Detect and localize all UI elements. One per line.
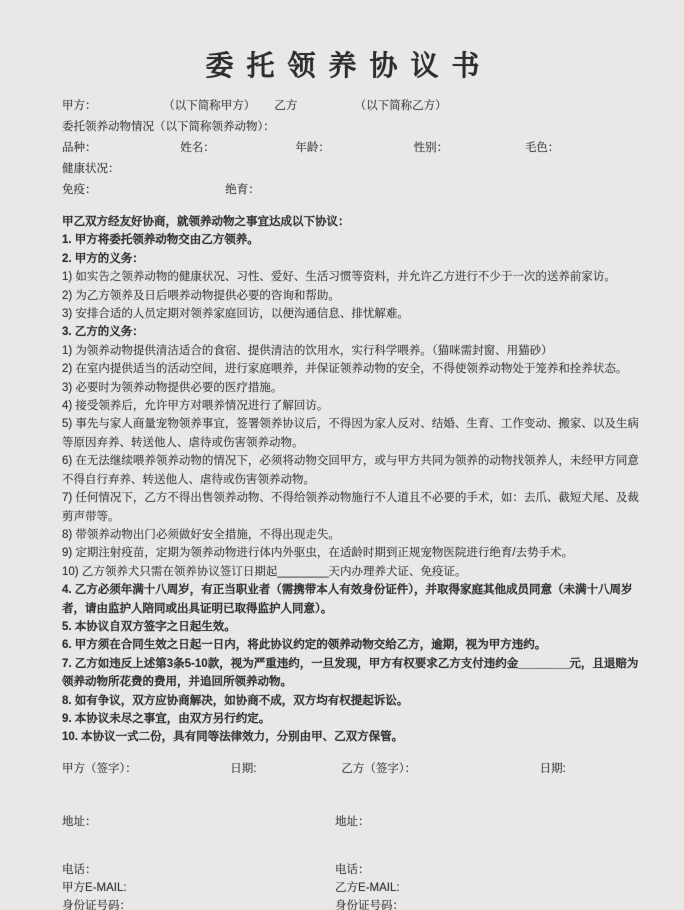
clause-6: 6. 甲方须在合同生效之日起一日内，将此协议约定的领养动物交给乙方，逾期，视为甲…: [62, 636, 647, 654]
clause-3-9: 9) 定期注射疫苗，定期为领养动物进行体内外驱虫，在适龄时期到正规宠物医院进行绝…: [62, 544, 647, 562]
phone-b-label: 电话：: [335, 862, 647, 878]
date-a-label: 日期:: [230, 759, 338, 780]
party-b-signature-label: 乙方（签字）：: [341, 759, 536, 780]
clause-2-3: 3) 安排合适的人员定期对领养家庭回访，以便沟通信息、排忧解难。: [62, 305, 647, 323]
document-content: 甲方： （以下简称甲方） 乙方 （以下简称乙方） 委托领养动物情况（以下简称领养…: [62, 96, 647, 910]
party-b-label: 乙方: [274, 96, 351, 117]
clause-1: 1. 甲方将委托领养动物交由乙方领养。: [62, 231, 647, 249]
email-b-label: 乙方E-MAIL:: [335, 880, 647, 896]
agreement-body: 甲乙双方经友好协商，就领养动物之事宜达成以下协议： 1. 甲方将委托领养动物交由…: [62, 213, 647, 747]
clause-3-5: 5) 事先与家人商量宠物领养事宜，签署领养协议后，不得因为家人反对、结婚、生育、…: [62, 415, 647, 452]
id-number-a-label: 身份证号码：: [62, 898, 335, 910]
neuter-label: 绝育：: [225, 180, 260, 201]
clause-2-1: 1) 如实告之领养动物的健康状况、习性、爱好、生活习惯等资料，并允许乙方进行不少…: [62, 268, 647, 286]
clause-3-7: 7) 任何情况下，乙方不得出售领养动物、不得给领养动物施行不人道且不必要的手术，…: [62, 489, 647, 526]
clause-2-2: 2) 为乙方领养及日后喂养动物提供必要的咨询和帮助。: [62, 287, 647, 305]
clause-2: 2. 甲方的义务：: [62, 250, 647, 268]
clause-3-8: 8) 带领养动物出门必须做好安全措施，不得出现走失。: [62, 526, 647, 544]
animal-fields-row: 品种： 姓名： 年龄： 性别： 毛色：: [62, 138, 647, 159]
signature-row: 甲方（签字）： 日期: 乙方（签字）： 日期:: [62, 759, 647, 780]
immunity-row: 免疫： 绝育：: [62, 180, 647, 201]
signature-columns: 地址： 电话： 甲方E-MAIL: 身份证号码： 地址： 电话： 乙方E-MAI…: [62, 780, 647, 910]
party-a-note: （以下简称甲方）: [163, 96, 271, 117]
address-b-label: 地址：: [335, 814, 647, 830]
address-a-label: 地址：: [62, 814, 335, 830]
clause-3-1: 1) 为领养动物提供清洁适合的食宿、提供清洁的饮用水，实行科学喂养。（猫咪需封窗…: [62, 342, 647, 360]
id-number-b-label: 身份证号码：: [335, 898, 647, 910]
coat-color-label: 毛色：: [525, 138, 560, 159]
clause-8: 8. 如有争议，双方应协商解决，如协商不成，双方均有权提起诉讼。: [62, 692, 647, 710]
clause-3-3: 3) 必要时为领养动物提供必要的医疗措施。: [62, 379, 647, 397]
clause-7: 7. 乙方如违反上述第3条5-10款，视为严重违约，一旦发现，甲方有权要求乙方支…: [62, 655, 647, 692]
immunity-label: 免疫：: [62, 180, 222, 201]
age-label: 年龄：: [295, 138, 410, 159]
document-page: 委托领养协议书 甲方： （以下简称甲方） 乙方 （以下简称乙方） 委托领养动物情…: [0, 0, 684, 910]
clause-3-6: 6) 在无法继续喂养领养动物的情况下，必须将动物交回甲方，或与甲方共同为领养的动…: [62, 452, 647, 489]
sex-label: 性别：: [414, 138, 522, 159]
clause-3-2: 2) 在室内提供适当的活动空间，进行家庭喂养，并保证领养动物的安全，不得使领养动…: [62, 360, 647, 378]
clause-9: 9. 本协议未尽之事宜，由双方另行约定。: [62, 710, 647, 728]
clause-3-4: 4) 接受领养后，允许甲方对喂养情况进行了解回访。: [62, 397, 647, 415]
health-label: 健康状况：: [62, 159, 647, 180]
breed-label: 品种：: [62, 138, 177, 159]
clause-3: 3. 乙方的义务：: [62, 323, 647, 341]
party-a-contact-column: 地址： 电话： 甲方E-MAIL: 身份证号码：: [62, 780, 335, 910]
party-a-label: 甲方：: [62, 96, 160, 117]
clause-4: 4. 乙方必须年满十八周岁，有正当职业者（需携带本人有效身份证件），并取得家庭其…: [62, 581, 647, 618]
date-b-label: 日期:: [540, 759, 566, 780]
phone-a-label: 电话：: [62, 862, 335, 878]
party-b-contact-column: 地址： 电话： 乙方E-MAIL: 身份证号码：: [335, 780, 647, 910]
animal-info-heading: 委托领养动物情况（以下简称领养动物）：: [62, 117, 647, 138]
name-label: 姓名：: [180, 138, 292, 159]
email-a-label: 甲方E-MAIL:: [62, 880, 335, 896]
signature-section: 甲方（签字）： 日期: 乙方（签字）： 日期: 地址： 电话： 甲方E-MAIL…: [62, 759, 647, 910]
clause-5: 5. 本协议自双方签字之日起生效。: [62, 618, 647, 636]
party-b-note: （以下简称乙方）: [355, 96, 447, 117]
party-a-signature-label: 甲方（签字）：: [62, 759, 227, 780]
parties-line: 甲方： （以下简称甲方） 乙方 （以下简称乙方）: [62, 96, 647, 117]
document-title: 委托领养协议书: [14, 44, 684, 84]
agreement-intro: 甲乙双方经友好协商，就领养动物之事宜达成以下协议：: [62, 213, 647, 231]
clause-10: 10. 本协议一式二份，具有同等法律效力，分别由甲、乙双方保管。: [62, 728, 647, 746]
clause-3-10: 10) 乙方领养犬只需在领养协议签订日期起________天内办理养犬证、免疫证…: [62, 563, 647, 581]
